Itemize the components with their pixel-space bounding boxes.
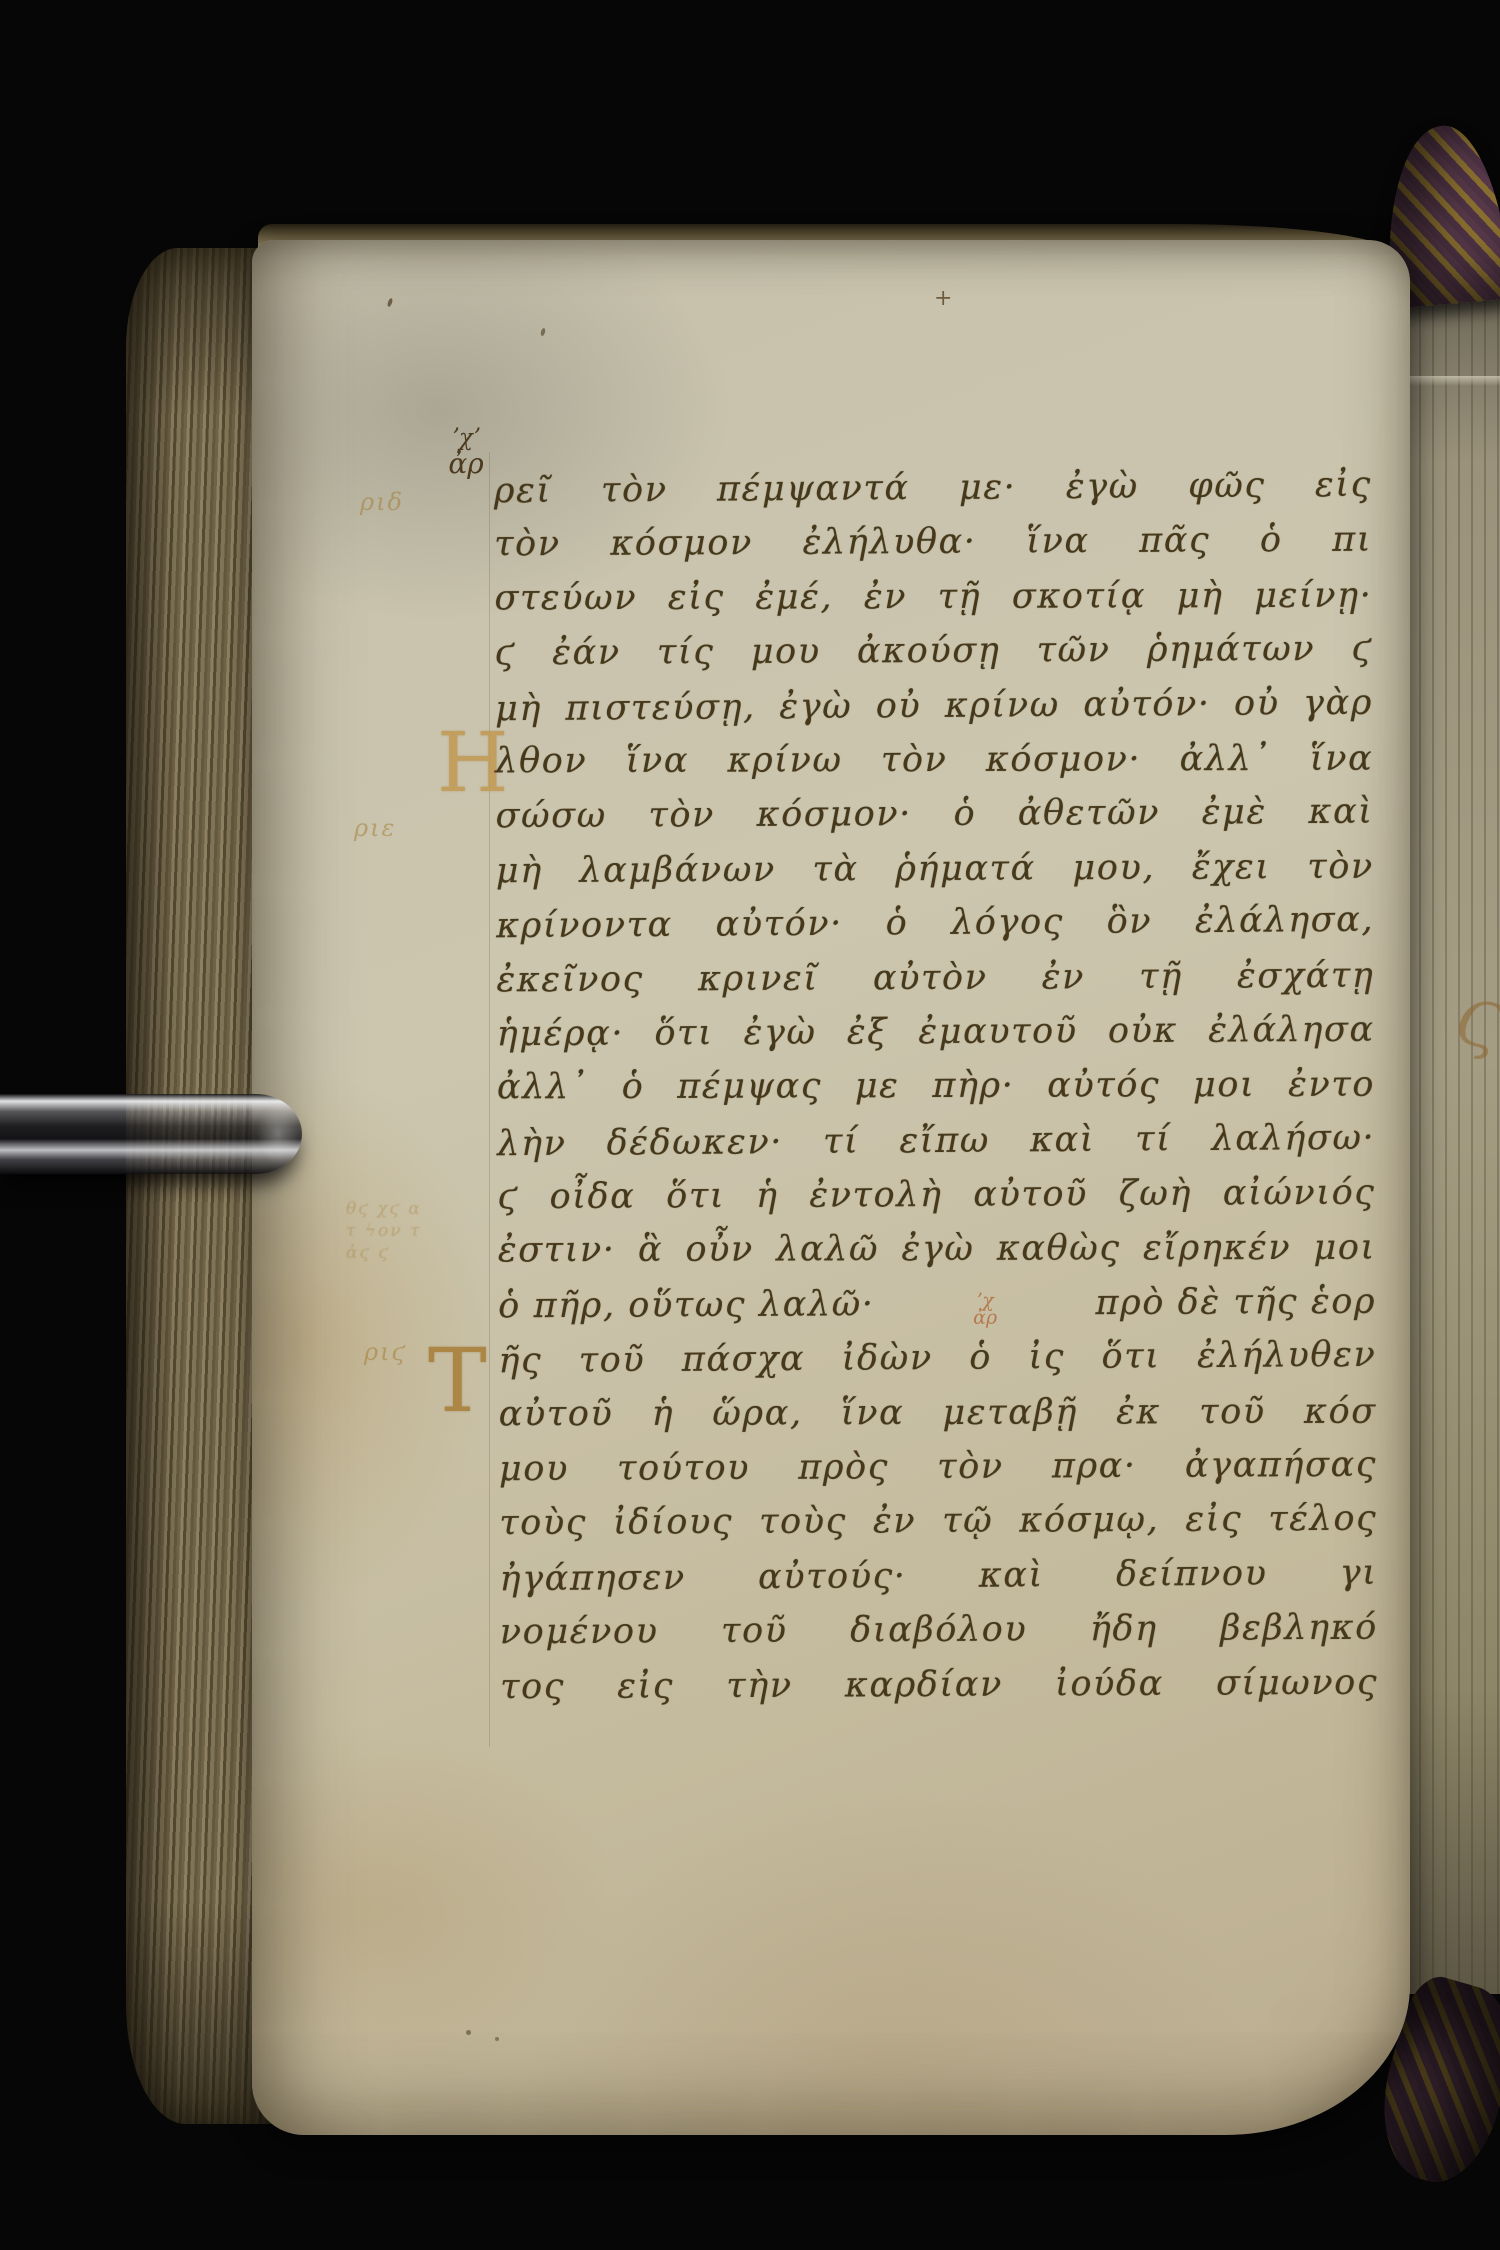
text-line: κρίνοντα αὐτόν· ὁ λόγος ὃν ἐλάλησα, xyxy=(496,893,1374,954)
manuscript-page: + ʼχʼ ἀρ Η Τ ριδ ριε ριϛ θϛ χϛ α τ ϟον τ… xyxy=(252,240,1410,2135)
ruling-line xyxy=(489,452,490,1747)
faded-note-line: τ ϟον τ xyxy=(346,1220,422,1242)
faded-margin-notes: θϛ χϛ α τ ϟον τ ἀϛ ϛ xyxy=(346,1198,422,1264)
text-line: λθον ἵνα κρίνω τὸν κόσμον· ἀλλ᾽ ἵνα xyxy=(495,732,1373,789)
book-leaf-edges-right xyxy=(1406,292,1500,1994)
text-line: ϛ οἶδα ὅτι ἡ ἐντολὴ αὐτοῦ ζωὴ αἰώνιός xyxy=(497,1166,1375,1225)
faded-margin-number: ριδ xyxy=(360,488,404,516)
text-line: ἐστιν· ἃ οὖν λαλῶ ἐγὼ καθὼς εἴρηκέν μοι xyxy=(498,1221,1376,1278)
arche-abbreviation: ἀρ xyxy=(973,1310,997,1327)
faded-margin-number: ριε xyxy=(354,814,396,842)
text-segment: πρὸ δὲ τῆς ἑορ xyxy=(1095,1275,1376,1331)
faded-note-line: θϛ χϛ α xyxy=(346,1198,422,1220)
faded-note-line: ἀϛ ϛ xyxy=(346,1242,422,1264)
text-line: σώσω τὸν κόσμον· ὁ ἀθετῶν ἐμὲ καὶ xyxy=(495,785,1373,844)
text-line: αὐτοῦ ἡ ὥρα, ἵνα μεταβῇ ἐκ τοῦ κόσ xyxy=(499,1384,1377,1441)
text-line: ρεῖ τὸν πέμψαντά με· ἐγὼ φῶς εἰς xyxy=(494,458,1372,519)
text-line-with-rubric: ὁ πῆρ, οὕτως λαλῶ· ʼχ ἀρ πρὸ δὲ τῆς ἑορ xyxy=(498,1275,1376,1334)
text-line: τος εἰς τὴν καρδίαν ἰούδα σίμωνος xyxy=(500,1655,1378,1714)
text-line: τὸν κόσμον ἐλήλυθα· ἵνα πᾶς ὁ πι xyxy=(494,513,1372,572)
ink-speck xyxy=(466,2030,471,2035)
ink-speck xyxy=(540,328,546,337)
text-line: λὴν δέδωκεν· τί εἴπω καὶ τί λαλήσω· xyxy=(497,1110,1375,1171)
gold-initial-tau: Τ xyxy=(428,1338,487,1424)
greek-text-block: ρεῖ τὸν πέμψαντά με· ἐγὼ φῶς εἰς τὸν κόσ… xyxy=(494,459,1379,1715)
ink-speck xyxy=(387,298,394,308)
text-line: ἠγάπησεν αὐτούς· καὶ δείπνου γι xyxy=(499,1546,1377,1607)
top-margin-cross: + xyxy=(934,286,952,311)
text-segment: ὁ πῆρ, οὕτως λαλῶ· xyxy=(498,1277,875,1333)
text-line: ῆς τοῦ πάσχα ἰδὼν ὁ ἰς ὅτι ἐλήλυθεν xyxy=(498,1328,1376,1389)
faded-margin-number: ριϛ xyxy=(364,1338,407,1366)
text-line: νομένου τοῦ διαβόλου ἤδη βεβληκό xyxy=(500,1601,1378,1660)
text-line: μὴ πιστεύσῃ, ἐγὼ οὐ κρίνω αὐτόν· οὐ γὰρ xyxy=(495,675,1373,736)
text-line: ἀλλ᾽ ὁ πέμψας με πὴρ· αὐτός μοι ἐντο xyxy=(497,1058,1375,1115)
text-line: τοὺς ἰδίους τοὺς ἐν τῷ κόσμῳ, εἰς τέλος xyxy=(499,1492,1377,1551)
text-line: ἡμέρᾳ· ὅτι ἐγὼ ἐξ ἐμαυτοῦ οὐκ ἐλάλησα xyxy=(497,1003,1375,1062)
lection-mark-top: ʼχʼ ἀρ xyxy=(436,425,496,477)
lection-mark-inline: ʼχ ἀρ xyxy=(973,1293,997,1327)
text-line: ϛ ἐάν τίς μου ἀκούσῃ τῶν ῥημάτων ϛ xyxy=(495,622,1373,681)
glass-rod-weight xyxy=(0,1094,302,1174)
ink-speck xyxy=(495,2037,499,2041)
text-line: στεύων εἰς ἐμέ, ἐν τῇ σκοτίᾳ μὴ μείνῃ· xyxy=(494,568,1372,625)
arche-abbreviation: ἀρ xyxy=(436,451,496,477)
text-line: μου τούτου πρὸς τὸν πρα· ἀγαπήσας xyxy=(499,1438,1377,1497)
text-line: μὴ λαμβάνων τὰ ῥήματά μου, ἔχει τὸν xyxy=(496,839,1374,898)
text-line: ἐκεῖνος κρινεῖ αὐτὸν ἐν τῇ ἐσχάτῃ xyxy=(496,948,1374,1007)
